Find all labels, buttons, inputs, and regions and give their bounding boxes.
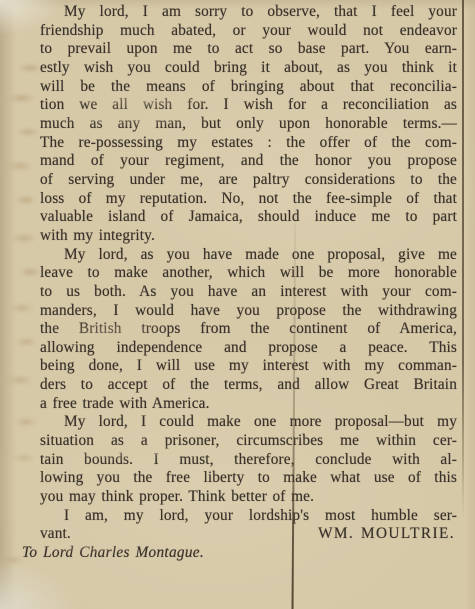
letter-line: The re-possessing my estates : the offer… [40,134,457,153]
letter-line: I am, my lord, your lordship's most humb… [40,507,457,526]
letter-column: My lord, I am sorry to observe, that I f… [40,3,457,563]
letter-line: My lord, I am sorry to observe, that I f… [40,3,457,22]
letter-line: a free trade with America. [40,395,457,414]
letter-line: friendship much abated, or your would no… [40,22,457,41]
letter-line: manders, I would have you propose the wi… [40,302,457,321]
letter-line: situation as a prisoner, circumscribes m… [40,432,457,451]
signature-name: WM. MOULTRIE. [318,525,455,544]
letter-addressee-footer: To Lord Charles Montague. [22,544,457,563]
letter-line: valuable island of Jamaica, should induc… [40,208,457,227]
letter-line: tion we all wish for. I wish for a recon… [40,96,457,115]
letter-line: leave to make another, which will be mor… [40,264,457,283]
letter-line: to us both. As you have an interest with… [40,283,457,302]
column-rule-line [462,0,464,518]
letter-line: the British troops from the continent of… [40,320,457,339]
letter-line: of serving under me, are paltry consider… [40,171,457,190]
letter-line: much as any man, but only upon honorable… [40,115,457,134]
letter-line: being done, I will use my interest with … [40,357,457,376]
letter-line: My lord, as you have made one proposal, … [40,246,457,265]
letter-line: to prevail upon me to act so base part. … [40,40,457,59]
letter-line: you may think proper. Think better of me… [40,488,457,507]
letter-line: ders to accept of the terms, and allow G… [40,376,457,395]
letter-closing-line: vant.WM. MOULTRIE. [40,525,457,544]
letter-line: lowing you the free liberty to make what… [40,469,457,488]
letter-line: estly wish you could bring it about, as … [40,59,457,78]
letter-line: will be the means of bringing about that… [40,78,457,97]
letter-line: with my integrity. [40,227,457,246]
closing-word: vant. [40,525,71,544]
letter-line: loss of my reputation. No, not the fee-s… [40,190,457,209]
letter-line: tain bounds. I must, therefore, conclude… [40,451,457,470]
letter-line: allowing independence and propose a peac… [40,339,457,358]
scanned-letter-page: My lord, I am sorry to observe, that I f… [0,0,475,609]
letter-line: My lord, I could make one more proposal—… [40,413,457,432]
letter-line: mand of your regiment, and the honor you… [40,152,457,171]
